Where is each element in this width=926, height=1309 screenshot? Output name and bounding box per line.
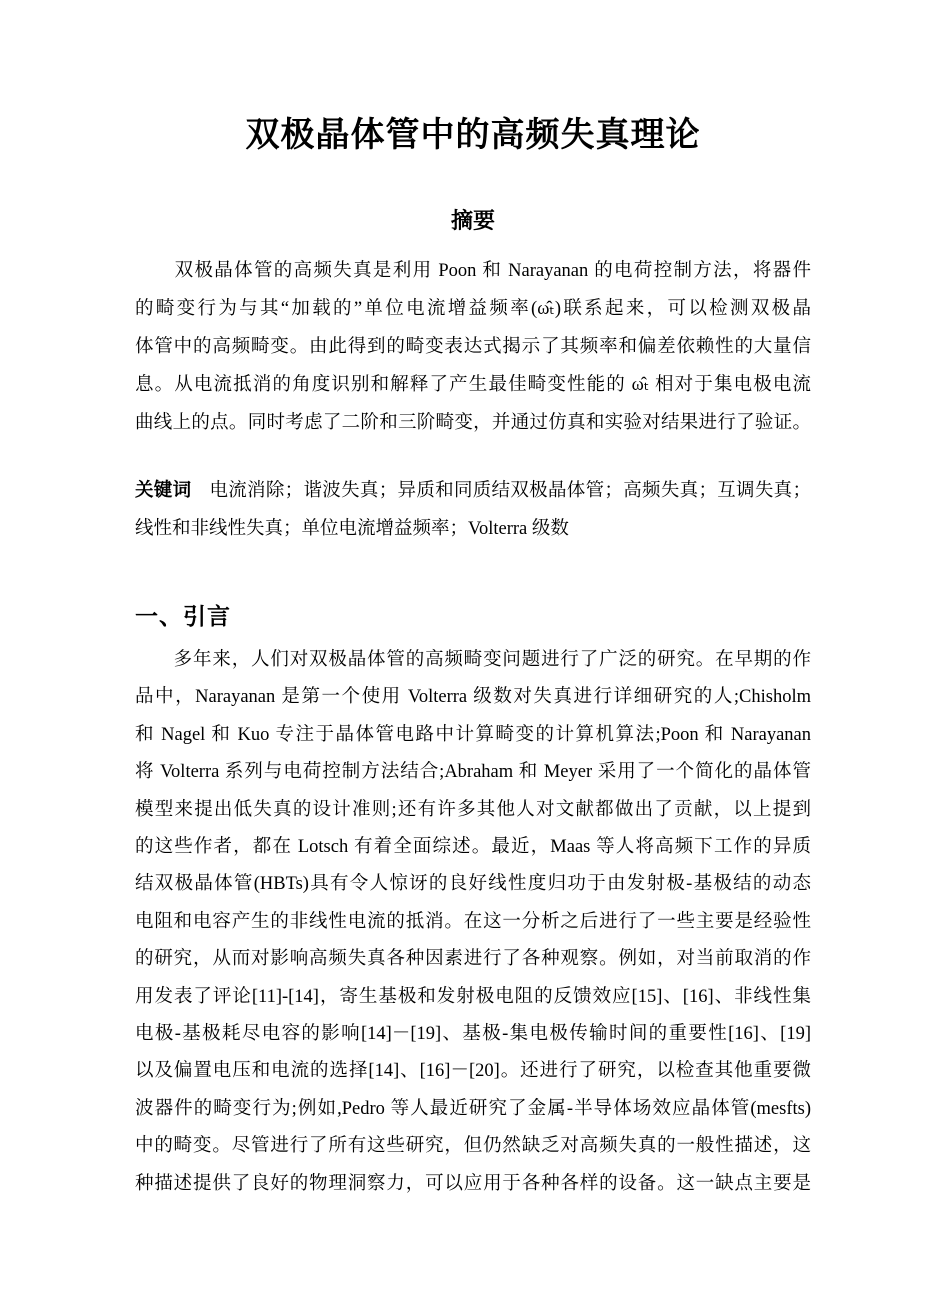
text-line: 中的畸变。尽管进行了所有这些研究，但仍然缺乏对高频失真的一般性描述，这 <box>135 1128 811 1165</box>
text-line: 和 Nagel 和 Kuo 专注于晶体管电路中计算畸变的计算机算法;Poon 和… <box>135 717 811 754</box>
text-line: 模型来提出低失真的设计准则;还有许多其他人对文献都做出了贡献，以上提到 <box>135 792 811 829</box>
text-line: 结双极晶体管(HBTs)具有令人惊讶的良好线性度归功于由发射极-基极结的动态 <box>135 866 811 903</box>
text-line: 品中，Narayanan 是第一个使用 Volterra 级数对失真进行详细研究… <box>135 679 811 716</box>
text-line: 曲线上的点。同时考虑了二阶和三阶畸变，并通过仿真和实验对结果进行了验证。 <box>135 404 811 442</box>
document-content: 双极晶体管中的高频失真理论 摘要 双极晶体管的高频失真是利用 Poon 和 Na… <box>0 112 811 1203</box>
text-line: 息。从电流抵消的角度识别和解释了产生最佳畸变性能的 ω̂ₜ 相对于集电极电流 <box>135 366 811 404</box>
text-line: 波器件的畸变行为;例如,Pedro 等人最近研究了金属-半导体场效应晶体管(me… <box>135 1091 811 1128</box>
keywords-text-1: 电流消除；谐波失真；异质和同质结双极晶体管；高频失真；互调失真； <box>209 481 811 501</box>
document-page: 双极晶体管中的高频失真理论 摘要 双极晶体管的高频失真是利用 Poon 和 Na… <box>0 0 926 1309</box>
text-line: 电阻和电容产生的非线性电流的抵消。在这一分析之后进行了一些主要是经验性 <box>135 904 811 941</box>
text-line: 的这些作者，都在 Lotsch 有着全面综述。最近，Maas 等人将高频下工作的… <box>135 829 811 866</box>
abstract-heading: 摘要 <box>135 204 811 237</box>
keywords-paragraph: 关键词电流消除；谐波失真；异质和同质结双极晶体管；高频失真；互调失真； 线性和非… <box>135 471 811 548</box>
keywords-label: 关键词 <box>135 479 191 500</box>
text-line: 体管中的高频畸变。由此得到的畸变表达式揭示了其频率和偏差依赖性的大量信 <box>135 328 811 366</box>
document-title: 双极晶体管中的高频失真理论 <box>135 112 811 159</box>
text-line: 种描述提供了良好的物理洞察力，可以应用于各种各样的设备。这一缺点主要是 <box>135 1166 811 1203</box>
text-line: 双极晶体管的高频失真是利用 Poon 和 Narayanan 的电荷控制方法，将… <box>135 252 811 290</box>
text-line: 的畸变行为与其“加载的”单位电流增益频率(ω̂ₜ)联系起来，可以检测双极晶 <box>135 290 811 328</box>
keywords-line-1: 关键词电流消除；谐波失真；异质和同质结双极晶体管；高频失真；互调失真； <box>135 471 811 510</box>
text-line: 的研究，从而对影响高频失真各种因素进行了各种观察。例如，对当前取消的作 <box>135 941 811 978</box>
section-heading-introduction: 一、引言 <box>135 599 811 633</box>
abstract-paragraph: 双极晶体管的高频失真是利用 Poon 和 Narayanan 的电荷控制方法，将… <box>135 252 811 442</box>
keywords-line-2: 线性和非线性失真；单位电流增益频率；Volterra 级数 <box>135 510 811 548</box>
text-line: 以及偏置电压和电流的选择[14]、[16]－[20]。还进行了研究，以检查其他重… <box>135 1053 811 1090</box>
text-line: 电极-基极耗尽电容的影响[14]－[19]、基极-集电极传输时间的重要性[16]… <box>135 1016 811 1053</box>
text-line: 用发表了评论[11]-[14]，寄生基极和发射极电阻的反馈效应[15]、[16]… <box>135 979 811 1016</box>
text-line: 多年来，人们对双极晶体管的高频畸变问题进行了广泛的研究。在早期的作 <box>135 642 811 679</box>
introduction-paragraph: 多年来，人们对双极晶体管的高频畸变问题进行了广泛的研究。在早期的作品中，Nara… <box>135 642 811 1203</box>
text-line: 将 Volterra 系列与电荷控制方法结合;Abraham 和 Meyer 采… <box>135 754 811 791</box>
